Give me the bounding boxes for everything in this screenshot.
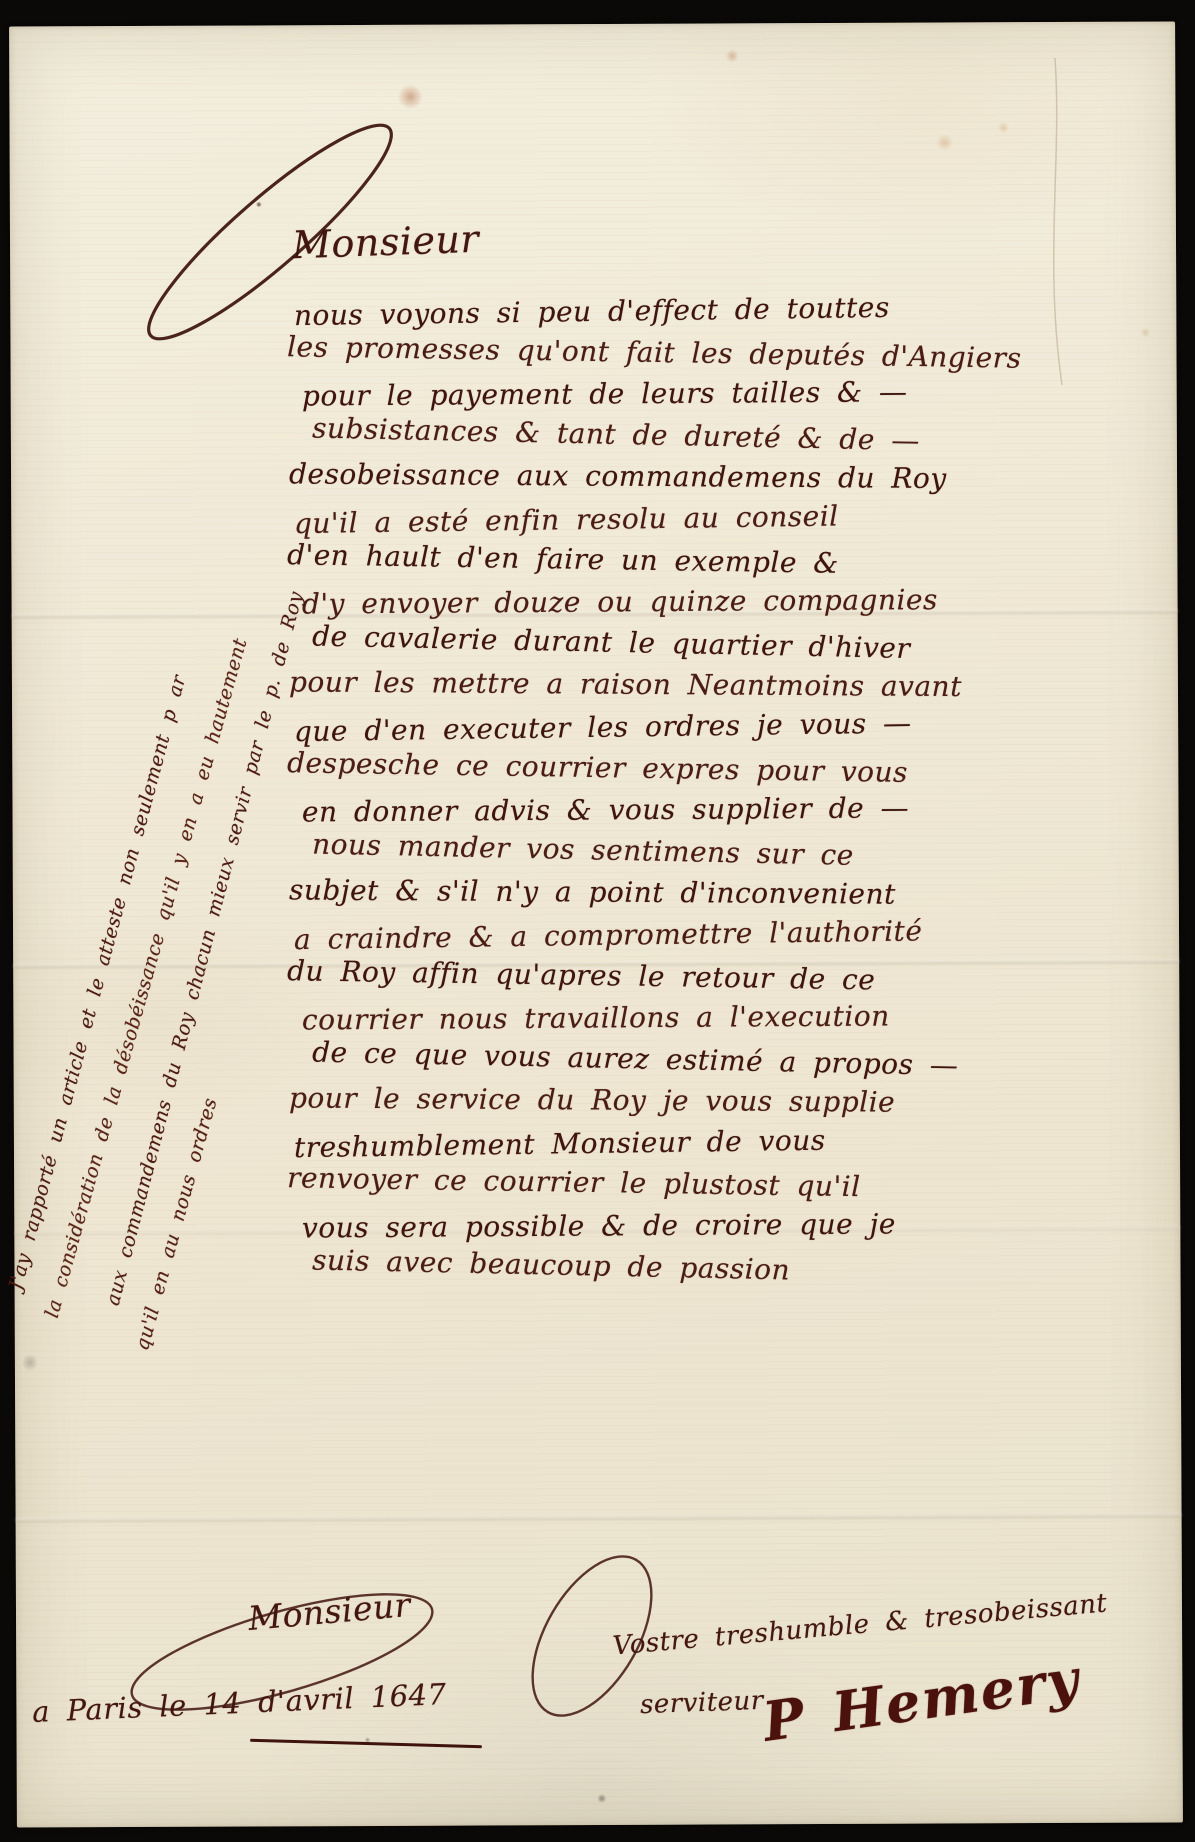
fold-crease [16,1513,1182,1522]
body-line: suis avec beaucoup de passion [312,1243,1031,1300]
foxing-spot [936,134,954,150]
foxing-spot [397,85,423,109]
letter-body: nous voyons si peu d'effect de touttes l… [290,294,1030,1292]
ink-speck [256,201,262,207]
letter-photo: { "letter": { "type": "manuscript letter… [0,0,1195,1842]
smudge [23,1352,37,1372]
foxing-spot [725,49,739,62]
valediction-line-2: serviteur [640,1686,765,1720]
foxing-spot [998,122,1010,133]
salutation: Monsieur [291,217,479,268]
foxing-spot [1140,328,1150,338]
ink-speck [597,1794,607,1803]
